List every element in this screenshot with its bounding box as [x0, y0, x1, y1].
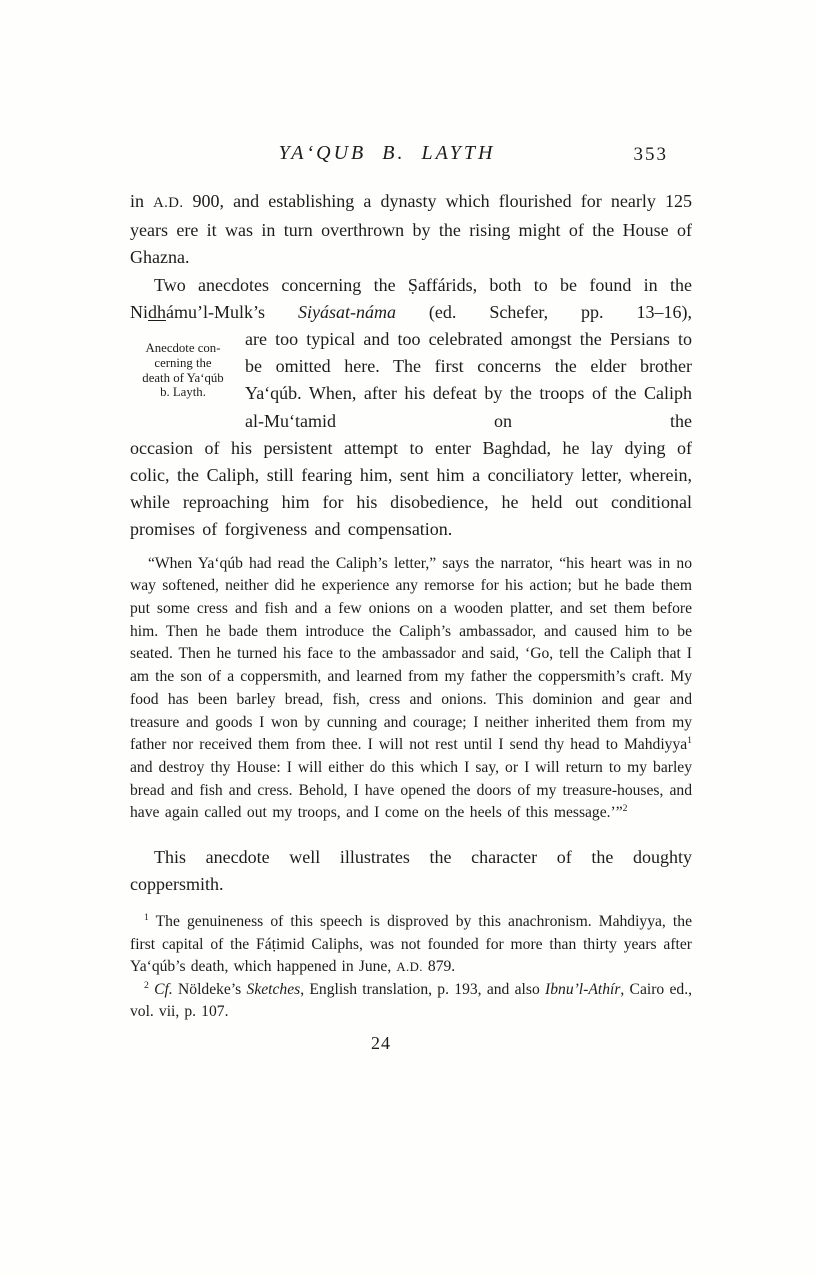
book-page: YA‘QUB B. LAYTH 353 in A.D. 900, and est…	[0, 0, 815, 1276]
page-number: 353	[634, 144, 669, 166]
footnote-marker-1: 1	[687, 735, 692, 746]
sidenote-section: Anecdote con- cerning the death of Ya‘qú…	[130, 326, 692, 435]
underlined-dh: dh	[148, 302, 166, 322]
smallcaps-ad: A.D.	[153, 195, 183, 211]
margin-note-line: b. Layth.	[130, 385, 236, 400]
margin-note: Anecdote con- cerning the death of Ya‘qú…	[130, 341, 236, 400]
work-title-italic: Sketches	[247, 981, 301, 998]
quote-text: “When Ya‘qúb had read the Caliph’s lette…	[130, 555, 692, 754]
footnote-marker-2: 2	[623, 803, 628, 814]
footnote-2-marker: 2	[144, 980, 149, 991]
paragraph-continuation: in A.D. 900, and establishing a dynasty …	[130, 188, 692, 272]
paragraph-text: (ed. Schefer, pp. 13–16),	[396, 302, 692, 322]
block-quote: “When Ya‘qúb had read the Caliph’s lette…	[130, 553, 692, 825]
smallcaps-ad: A.D.	[396, 960, 422, 974]
paragraph-text: 900, and establishing a dynasty which fl…	[130, 191, 692, 267]
running-head: YA‘QUB B. LAYTH 353	[130, 142, 692, 188]
cf-italic: Cf.	[154, 981, 173, 998]
paragraph-indented-beside-note: are too typical and too celebrated among…	[245, 326, 692, 435]
running-head-title: YA‘QUB B. LAYTH	[106, 142, 668, 165]
footnotes: 1 The genuineness of this speech is disp…	[130, 911, 692, 1023]
paragraph-anecdotes-intro: Two anecdotes concerning the Ṣaffárids, …	[130, 272, 692, 326]
quote-paragraph: “When Ya‘qúb had read the Caliph’s lette…	[130, 553, 692, 825]
margin-note-line: Anecdote con-	[130, 341, 236, 356]
footnote-text: Nöldeke’s	[173, 981, 247, 998]
work-title-italic: Ibnu’l-Athír	[545, 981, 620, 998]
signature-number: 24	[100, 1033, 662, 1054]
text-block: YA‘QUB B. LAYTH 353 in A.D. 900, and est…	[130, 142, 692, 1054]
paragraph-text: ámu’l-Mulk’s	[166, 302, 298, 322]
book-title-italic: Siyásat-náma	[298, 302, 396, 322]
footnote-text: 879.	[423, 958, 455, 975]
margin-note-line: cerning the	[130, 356, 236, 371]
footnote-text: , English translation, p. 193, and also	[300, 981, 545, 998]
margin-note-line: death of Ya‘qúb	[130, 371, 236, 386]
paragraph-conclusion: This anecdote well illustrates the chara…	[130, 844, 692, 898]
quote-text: and destroy thy House: I will either do …	[130, 759, 692, 821]
footnote-1: 1 The genuineness of this speech is disp…	[130, 911, 692, 978]
paragraph-text: in	[130, 191, 153, 211]
paragraph-occasion: occasion of his persistent attempt to en…	[130, 435, 692, 544]
footnote-2: 2 Cf. Nöldeke’s Sketches, English transl…	[130, 979, 692, 1024]
